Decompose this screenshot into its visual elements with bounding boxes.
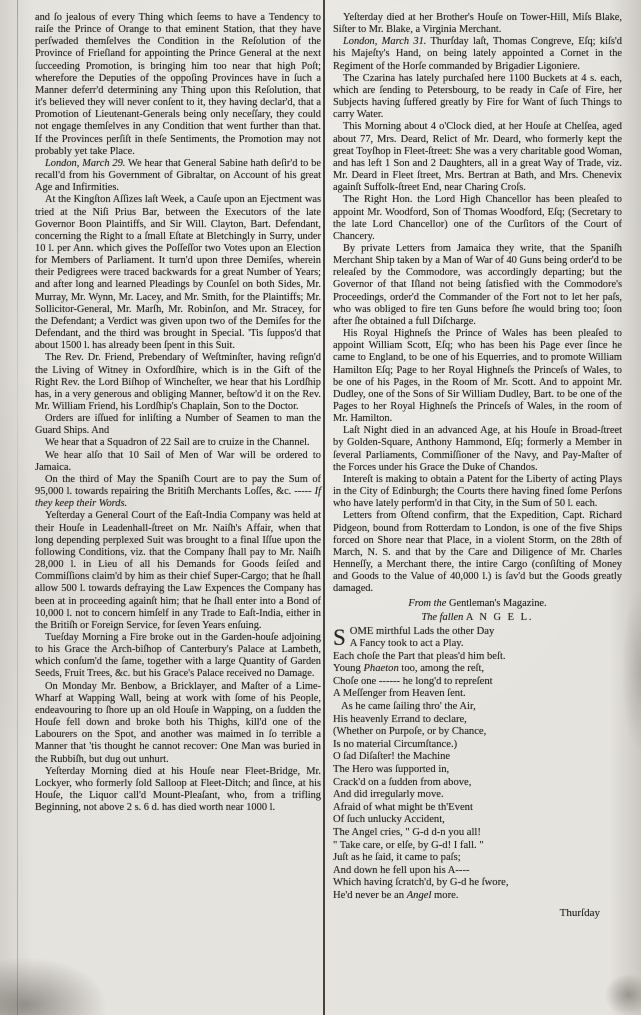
news-paragraph: London, March 31. Thurſday laſt, Thomas … (333, 36, 622, 72)
poem-line: Each choſe the Part that pleas'd him beſ… (333, 651, 622, 664)
poem-line: His heavenly Errand to declare, (333, 714, 622, 727)
poem-line: The Hero was ſupported in, (333, 764, 622, 777)
poem-line: The Angel cries, " G-d d-n you all! (333, 827, 622, 840)
poem-line: (Whether on Purpoſe, or by Chance, (333, 726, 622, 739)
poem: S OME mirthful Lads the other Day A Fanc… (333, 626, 622, 903)
news-paragraph: Intereſt is making to obtain a Patent fo… (333, 474, 622, 510)
news-paragraph: Laſt Night died in an advanced Age, at h… (333, 425, 622, 474)
news-paragraph: and ſo jealous of every Thing which ſeem… (35, 12, 321, 158)
news-paragraph: On Monday Mr. Benbow, a Bricklayer, and … (35, 681, 321, 766)
news-paragraph: His Royal Highneſs the Prince of Wales h… (333, 328, 622, 425)
news-paragraph: The Czarina has lately purchaſed here 11… (333, 73, 622, 122)
news-paragraph: This Morning about 4 o'Clock died, at he… (333, 121, 622, 194)
news-paragraph: Yeſterday died at her Brother's Houſe on… (333, 12, 622, 36)
news-paragraph: Yeſterday Morning died at his Houſe near… (35, 766, 321, 815)
poem-line: Is no material Circumſtance.) (333, 739, 622, 752)
poem-line: Afraid of what might be th'Event (333, 802, 622, 815)
news-paragraph: We hear alſo that 10 Sail of Men of War … (35, 450, 321, 474)
news-paragraph: Orders are iſſued for inliſting a Number… (35, 413, 321, 437)
news-paragraph: The Right Hon. the Lord High Chancellor … (333, 194, 622, 243)
news-paragraph: We hear that a Squadron of 22 Sail are t… (35, 437, 321, 449)
news-paragraph: Letters from Oſtend confirm, that the Ex… (333, 510, 622, 595)
dateline: London, March 29. (45, 158, 125, 169)
page-fold-line (17, 0, 18, 1015)
poem-line: Of ſuch unlucky Accident, (333, 814, 622, 827)
poem-line: OME mirthful Lads the other Day (333, 626, 622, 639)
poem-line: Choſe one ------ he long'd to repreſent (333, 676, 622, 689)
poem-line: O ſad Diſaſter! the Machine (333, 751, 622, 764)
poem-line: As he came ſailing thro' the Air, (333, 701, 622, 714)
news-paragraph: By private Letters from Jamaica they wri… (333, 243, 622, 328)
poem-title: The fallen A N G E L. (333, 611, 622, 624)
magazine-source-heading: From the Gentleman's Magazine. (333, 597, 622, 610)
poem-line: And down he fell upon his A---- (333, 865, 622, 878)
news-paragraph: Yeſterday a General Court of the Eaſt-In… (35, 510, 321, 632)
poem-dropcap: S (333, 626, 350, 648)
poem-line: Juſt as he ſaid, it came to paſs; (333, 852, 622, 865)
poem-line: Crack'd on a ſudden from above, (333, 777, 622, 790)
poem-line: He'd never be an Angel more. (333, 890, 622, 903)
news-paragraph: The Rev. Dr. Friend, Prebendary of Weſtm… (35, 352, 321, 413)
poem-line: Which having ſcratch'd, by G-d he ſwore, (333, 877, 622, 890)
news-paragraph: London, March 29. We hear that General S… (35, 158, 321, 194)
catchword: Thurſday (333, 907, 622, 919)
column-divider-rule (323, 0, 325, 1015)
poem-opening: S OME mirthful Lads the other Day A Fanc… (333, 626, 622, 651)
poem-line: Young Phaeton too, among the reſt, (333, 663, 622, 676)
dateline: London, March 31. (343, 36, 426, 47)
right-column: Yeſterday died at her Brother's Houſe on… (333, 12, 622, 919)
poem-line: And did irregularly move. (333, 789, 622, 802)
left-column: and ſo jealous of every Thing which ſeem… (35, 12, 321, 814)
news-paragraph: Tueſday Morning a Fire broke out in the … (35, 632, 321, 681)
news-paragraph: At the Kingſton Aſſizes laſt Week, a Cau… (35, 194, 321, 352)
poem-line: A Meſſenger from Heaven ſent. (333, 688, 622, 701)
poem-line: " Take care, or elſe, by G-d! I fall. " (333, 840, 622, 853)
news-paragraph: On the third of May the Spaniſh Court ar… (35, 474, 321, 510)
poem-line: A Fancy took to act a Play. (333, 638, 622, 651)
